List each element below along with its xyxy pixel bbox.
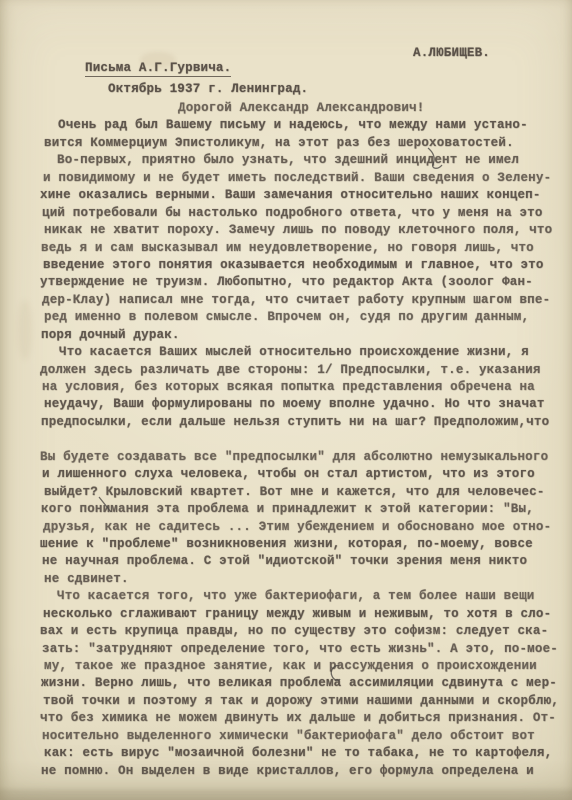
letter-line: носительно выделенного химически "бактер… [42, 728, 547, 745]
letter-line: Что касается того, что уже бактериофаги,… [57, 588, 547, 605]
letter-line: как: есть вирус "мозаичной болезни" не т… [44, 745, 547, 762]
letter-line: шение к "проблеме" возникновения жизни, … [40, 536, 547, 553]
letter-line: Что касается Ваших мыслей относительно п… [59, 344, 547, 361]
letter-line: друзья, как не садитесь ... Этим убежден… [43, 519, 547, 536]
letter-line: му, такое же праздное занятие, как и рас… [44, 658, 547, 675]
letter-line: зать: "затрудняют определение того, что … [42, 641, 547, 658]
letter-line: предпосылки, если дальше нельзя ступить … [41, 414, 547, 431]
letter-line: ведь я и сам высказывал им неудовлетворе… [41, 240, 547, 257]
letter-line: твой точки и поэтому я так и дорожу этим… [43, 693, 547, 710]
letter-line: что без химика не можем двинуть их дальш… [40, 710, 547, 727]
letter-line: и повидимому и не будет иметь последстви… [43, 170, 547, 187]
letter-line: и лишенного слуха человека, чтобы он ста… [42, 466, 547, 483]
letter-line: никак не хватит пороху. Замечу лишь по п… [44, 222, 547, 239]
letter-line: вах и есть крупица правды, но по существ… [40, 623, 547, 640]
letter-line: кого понимания эта проблема и принадлежи… [41, 501, 547, 518]
letter-line: не научная проблема. С этой "идиотской" … [42, 553, 547, 570]
letter-line: выйдет? Крыловский квартет. Вот мне и ка… [44, 484, 547, 501]
dateline: Октябрь 1937 г. Ленинград. [108, 82, 308, 96]
letter-line: Вы будете создавать все "предпосылки" дл… [40, 449, 547, 466]
paper-stain [18, 300, 32, 360]
letter-line: поря дочный дурак. [41, 327, 547, 344]
letter-line: Очень рад был Вашему письму и надеюсь, ч… [58, 117, 547, 134]
letter-line: ций потребовали бы настолько подробного … [42, 205, 547, 222]
letter-line: на условия, без которых всякая попытка п… [42, 379, 547, 396]
letter-line: не сдвинет. [44, 571, 547, 588]
letter-line: ред именно в полевом смысле. Впрочем он,… [44, 309, 547, 326]
letter-line: Дорогой Александр Александрович! [178, 100, 547, 117]
letter-line: неудачу, Ваши формулированы по моему впо… [44, 396, 547, 413]
letter-line: должен здесь различать две стороны: 1/ П… [40, 362, 547, 379]
scanned-letter-page: А.ЛЮБИЩЕВ. Письма А.Г.Гурвича. Октябрь 1… [0, 0, 572, 800]
letter-line: вится Коммерциум Эпистоликум, на этот ра… [44, 135, 547, 152]
author-header: А.ЛЮБИЩЕВ. [413, 46, 490, 60]
blank-line [43, 431, 547, 448]
letter-line: хине оказались верными. Ваши замечания о… [40, 187, 547, 204]
letter-line: Во-первых, приятно было узнать, что здеш… [57, 152, 547, 169]
letter-title: Письма А.Г.Гурвича. [85, 61, 231, 77]
letter-body: Дорогой Александр Александрович!Очень ра… [42, 100, 547, 780]
letter-line: введение этого понятия оказывается необх… [43, 257, 547, 274]
letter-line: не помню. Он выделен в виде кристаллов, … [41, 763, 547, 780]
letter-line: дер-Клау) написал мне тогда, что считает… [42, 292, 547, 309]
letter-line: утверждение не труизм. Любопытно, что ре… [40, 274, 547, 291]
letter-line: несколько сглаживают границу между живым… [43, 606, 547, 623]
letter-line: жизни. Верно лишь, что великая проблема … [41, 675, 547, 692]
